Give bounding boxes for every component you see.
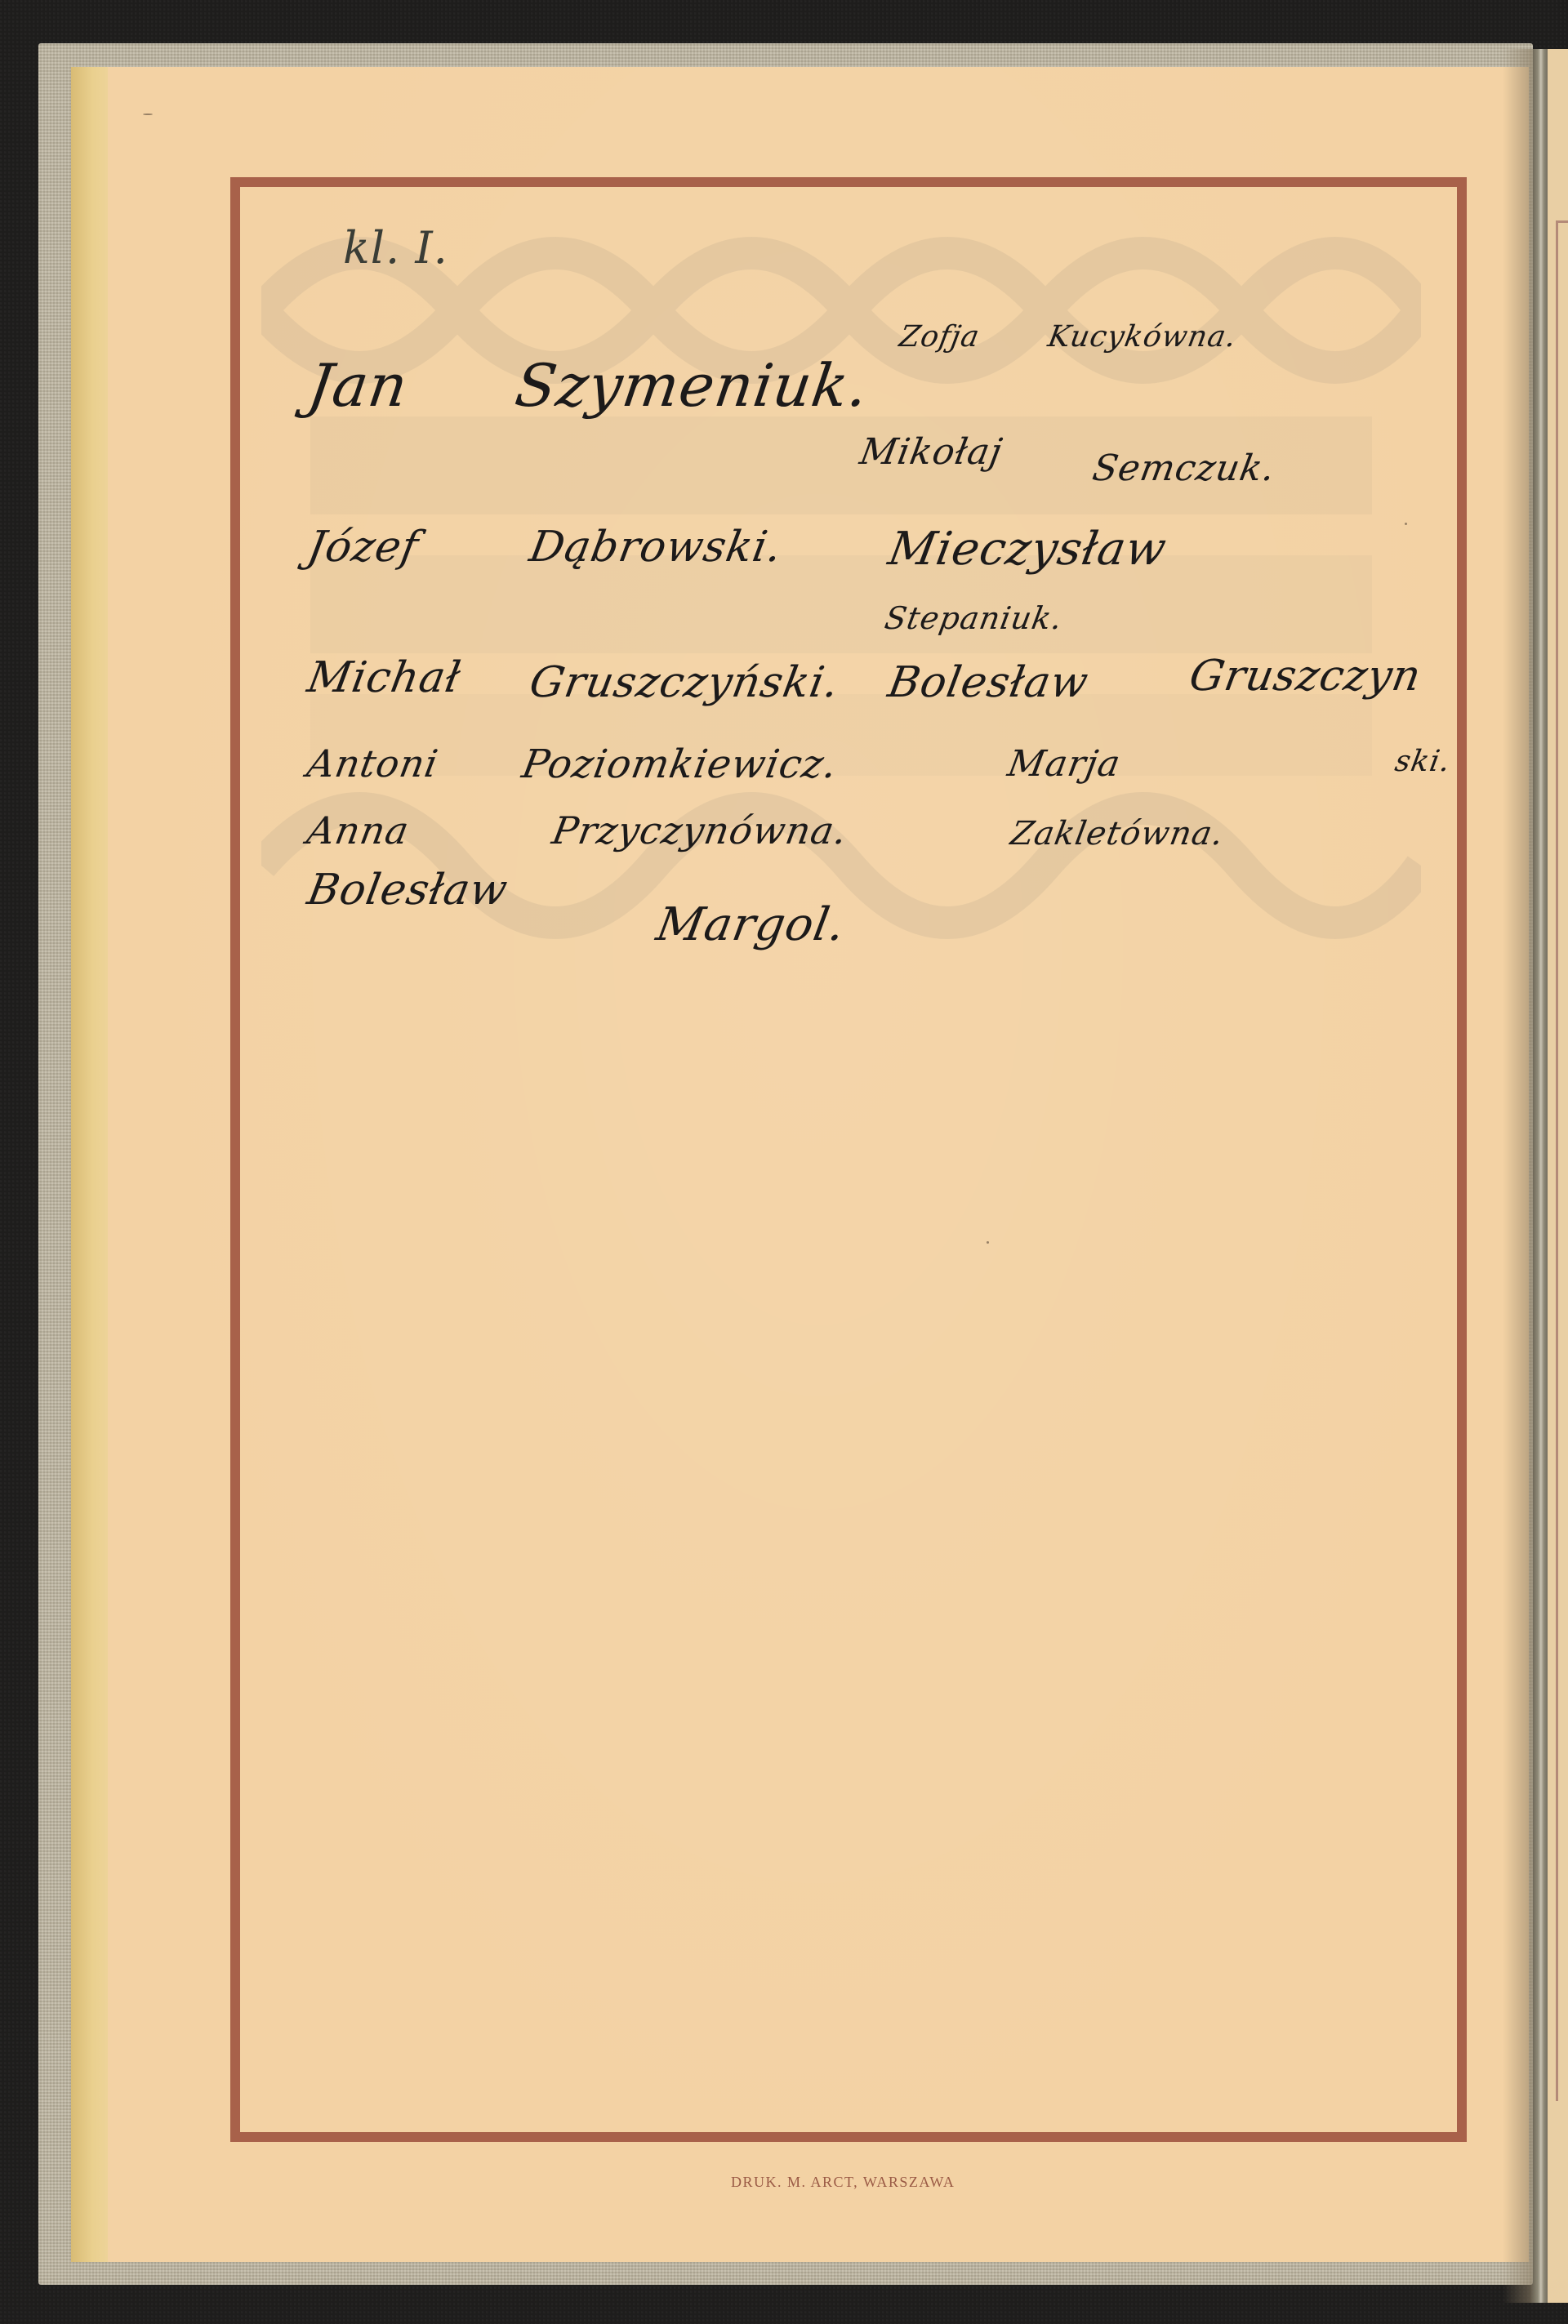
entry-3-first-name: Mikołaj bbox=[857, 431, 1005, 473]
entry-2-last-name: Kucykówna. bbox=[1045, 320, 1239, 354]
entry-4-last-name: Dąbrowski. bbox=[526, 523, 786, 572]
adjacent-page-frame bbox=[1556, 220, 1568, 2101]
entry-5-first-name: Mieczysław bbox=[884, 523, 1171, 576]
paper-mark bbox=[143, 114, 153, 115]
entry-7-last-name-continued: ski. bbox=[1392, 745, 1453, 778]
entry-7-last-name: Gruszczyn bbox=[1186, 652, 1425, 701]
entry-2-first-name: Zofja bbox=[897, 320, 982, 354]
entry-5-last-name: Stepaniuk. bbox=[882, 600, 1066, 636]
entry-8-first-name: Antoni bbox=[304, 741, 442, 786]
entry-6-last-name: Gruszczyński. bbox=[526, 658, 843, 707]
entry-10-last-name: Przyczynówna. bbox=[549, 808, 851, 853]
entry-9-last-name: Zakletówna. bbox=[1008, 815, 1227, 853]
entry-3-last-name: Semczuk. bbox=[1089, 447, 1279, 489]
entry-10-first-name: Anna bbox=[304, 808, 412, 853]
entry-1-last-name: Szymeniuk. bbox=[511, 351, 873, 420]
entry-9-first-name: Marja bbox=[1004, 743, 1124, 785]
printer-imprint: DRUK. M. ARCT, WARSZAWA bbox=[731, 2174, 964, 2191]
entry-11-last-name: Margol. bbox=[653, 898, 849, 951]
paper-speck bbox=[1405, 523, 1407, 525]
entry-4-first-name: Józef bbox=[304, 523, 422, 572]
class-heading: kl. I. bbox=[343, 222, 448, 274]
entry-1-first-name: Jan bbox=[304, 351, 412, 420]
entry-7-first-name: Bolesław bbox=[884, 658, 1093, 707]
entry-8-last-name: Poziomkiewicz. bbox=[519, 741, 841, 787]
paper-speck bbox=[987, 1241, 989, 1244]
entry-6-first-name: Michał bbox=[304, 653, 465, 702]
page-border-frame bbox=[230, 177, 1467, 2142]
book-gutter bbox=[1503, 49, 1552, 2303]
entry-11-first-name: Bolesław bbox=[304, 866, 512, 915]
